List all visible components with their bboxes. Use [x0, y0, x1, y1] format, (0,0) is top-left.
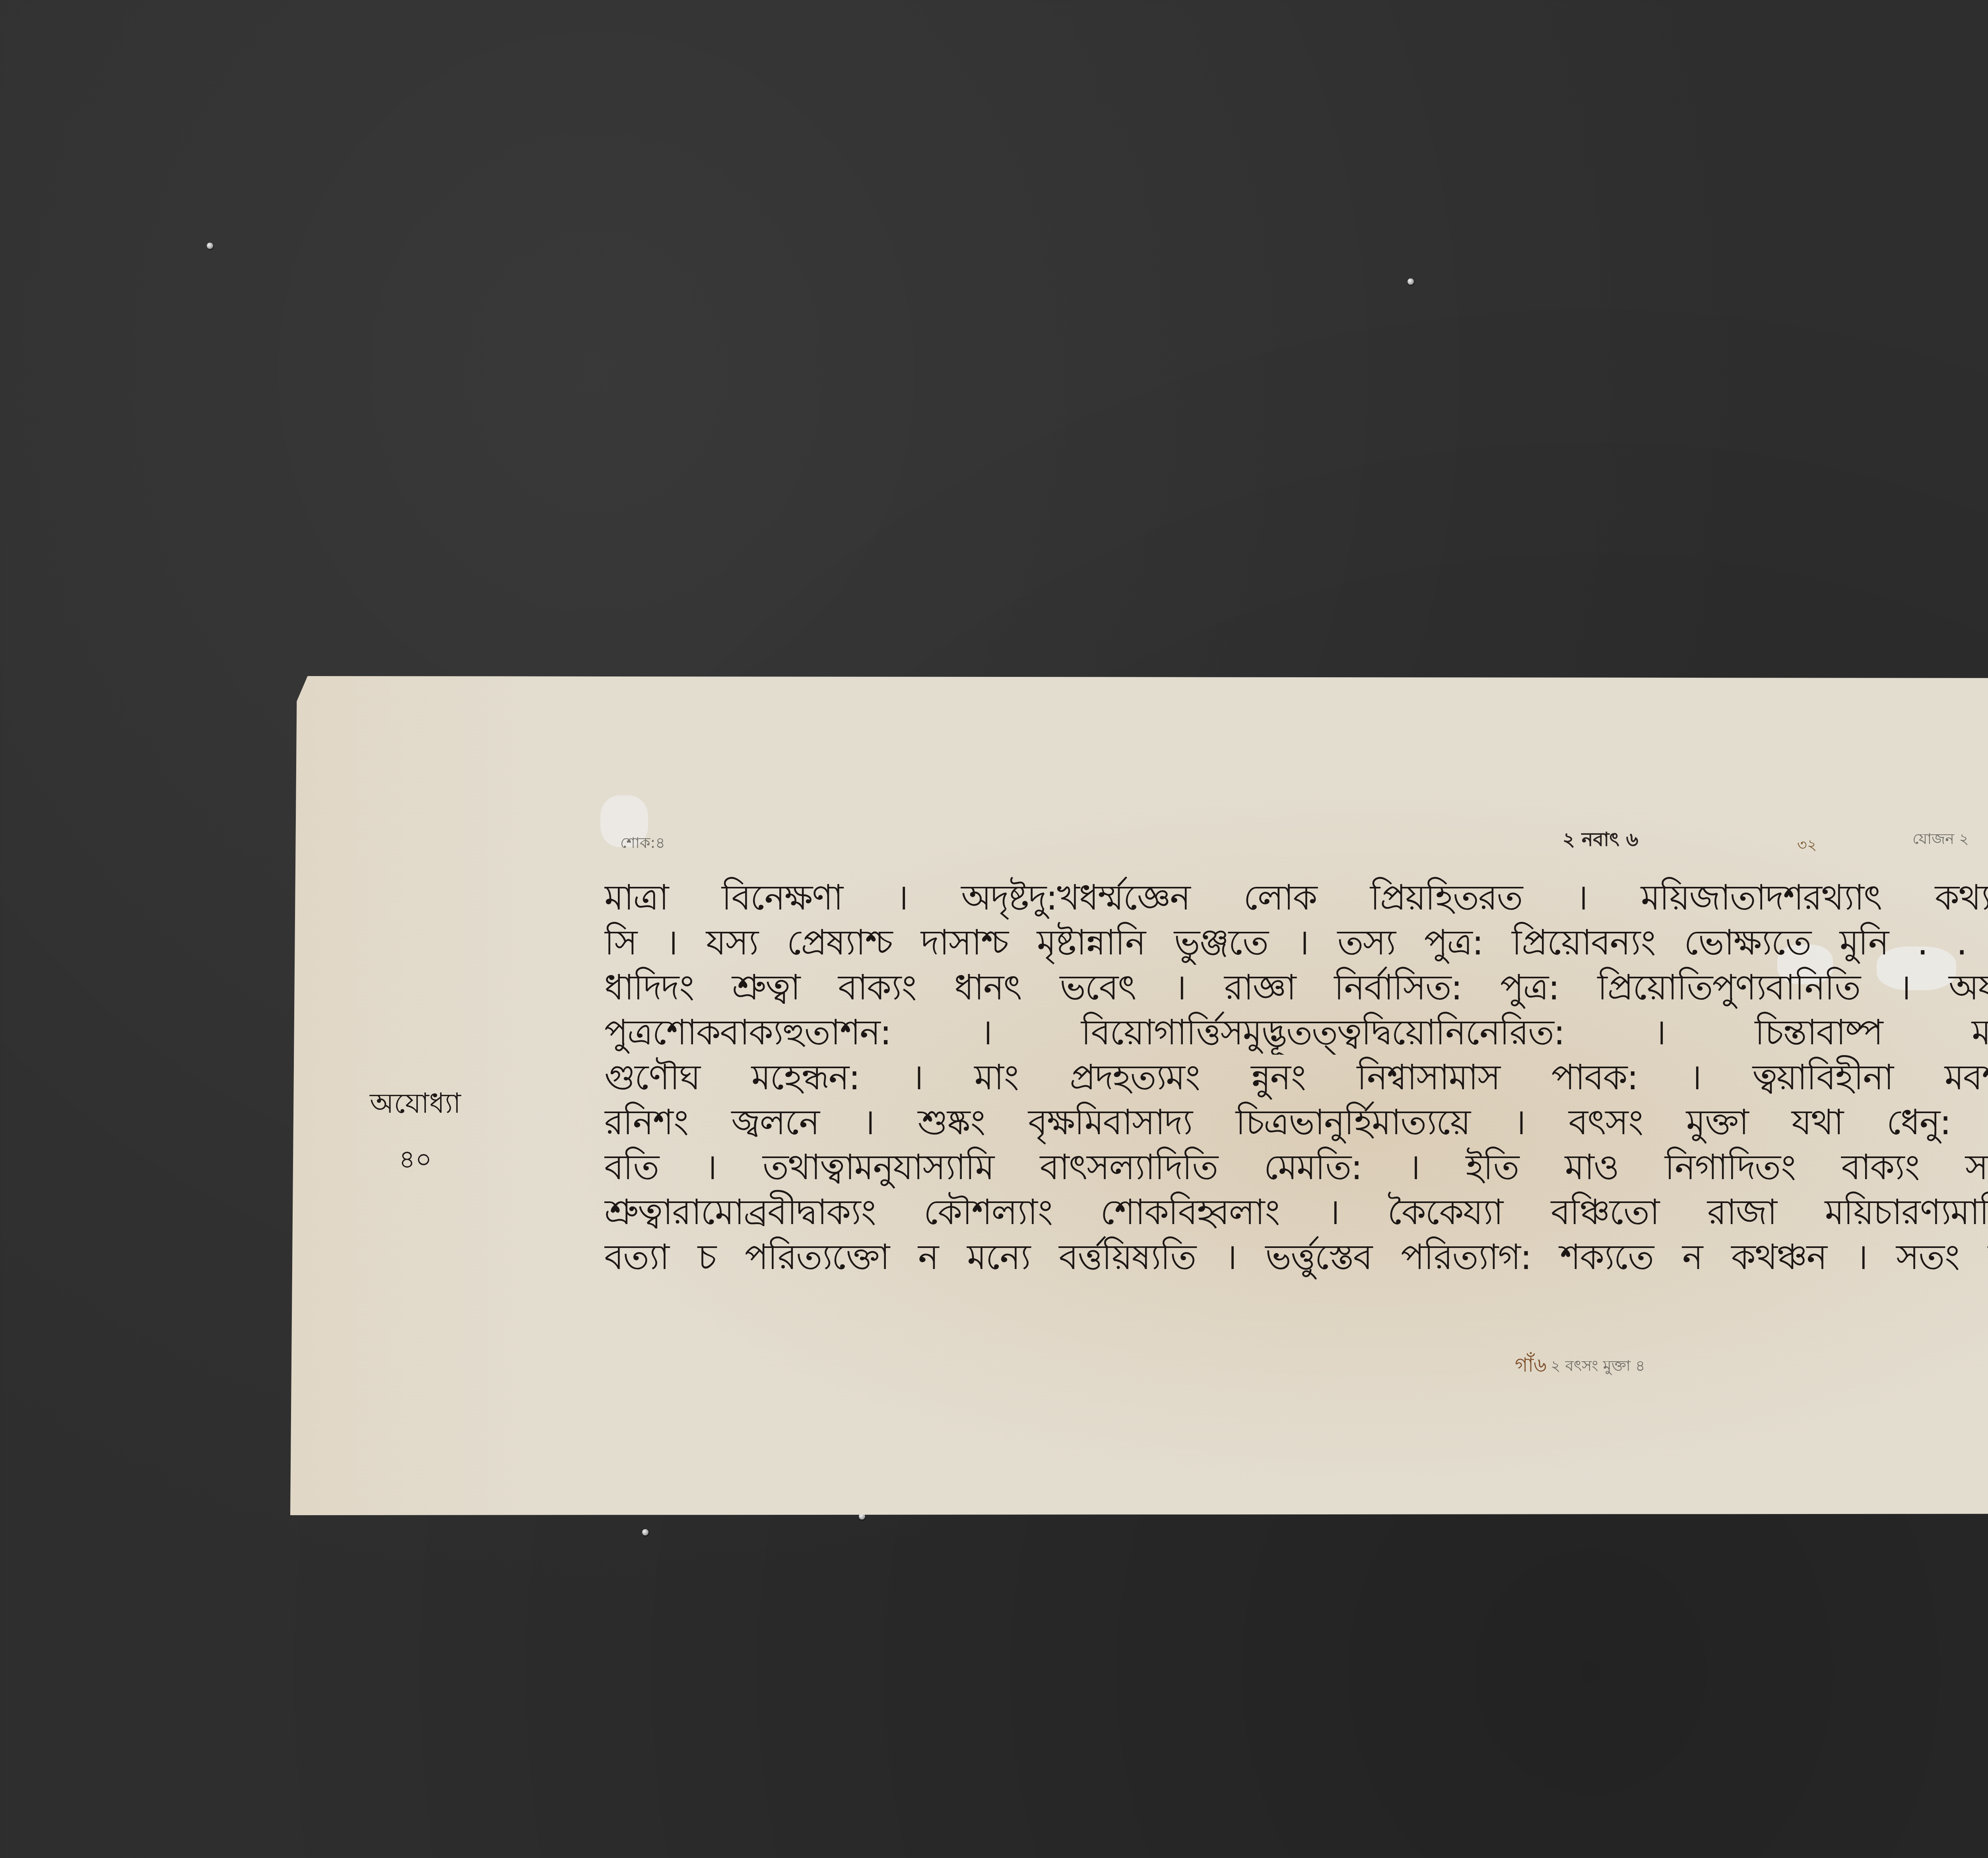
text-line: মাত্রা বিনেক্ষণা । অদৃষ্টদু:খধর্ম্মজ্ঞেন…	[604, 875, 1988, 920]
left-margin: অযোধ্যা ৪০	[370, 1082, 461, 1183]
manuscript-text: মাত্রা বিনেক্ষণা । অদৃষ্টদু:খধর্ম্মজ্ঞেন…	[604, 875, 1988, 1279]
text-line: বতি । তথাত্বামনুযাস্যামি বাৎসল্যাদিতি মে…	[604, 1145, 1988, 1189]
text-line: সি । যস্য প্রেষ্যাশ্চ দাসাশ্চ মৃষ্টান্না…	[604, 920, 1988, 965]
text-line: রনিশং জ্বলনে । শুষ্কং বৃক্ষমিবাসাদ্য চিত…	[604, 1100, 1988, 1145]
pin-marker	[207, 243, 213, 249]
text-line: গুণৌঘ মহেন্ধন: । মাং প্রদহত্যমং ন্নুনং ন…	[604, 1055, 1988, 1100]
pin-marker	[642, 1529, 648, 1535]
text-line: ধাদিদং শ্রুত্বা বাক্যং ধানৎ ভবেৎ । রাজ্ঞ…	[604, 965, 1988, 1010]
annotation-top-right-1: যোজন ২	[1912, 827, 1969, 853]
pin-marker	[1408, 278, 1414, 285]
text-line: পুত্রশোকবাক্যহুতাশন: । বিয়োগার্ত্তিসমুদ…	[604, 1010, 1988, 1055]
annotation-top-center: ২ নবাৎ ৬	[1563, 825, 1639, 857]
annotation-bottom-pencil: ২ বৎসং মুক্তা ৪	[1551, 1354, 1645, 1380]
annotation-top-center-faint: ৩২	[1797, 833, 1817, 859]
folio-number: ৪০	[370, 1140, 461, 1183]
text-line: বত্যা চ পরিত্যক্তো ন মন্যে বর্ত্তয়িষ্যত…	[604, 1234, 1988, 1279]
annotation-bottom-brown: গাঁ৬	[1515, 1350, 1547, 1383]
annotation-top-left: শোক:৪	[620, 831, 665, 857]
margin-title: অযোধ্যা	[370, 1087, 461, 1119]
text-line: শ্রুত্বারামোব্রবীদ্বাক্যং কৌশল্যাং শোকবি…	[604, 1189, 1988, 1234]
